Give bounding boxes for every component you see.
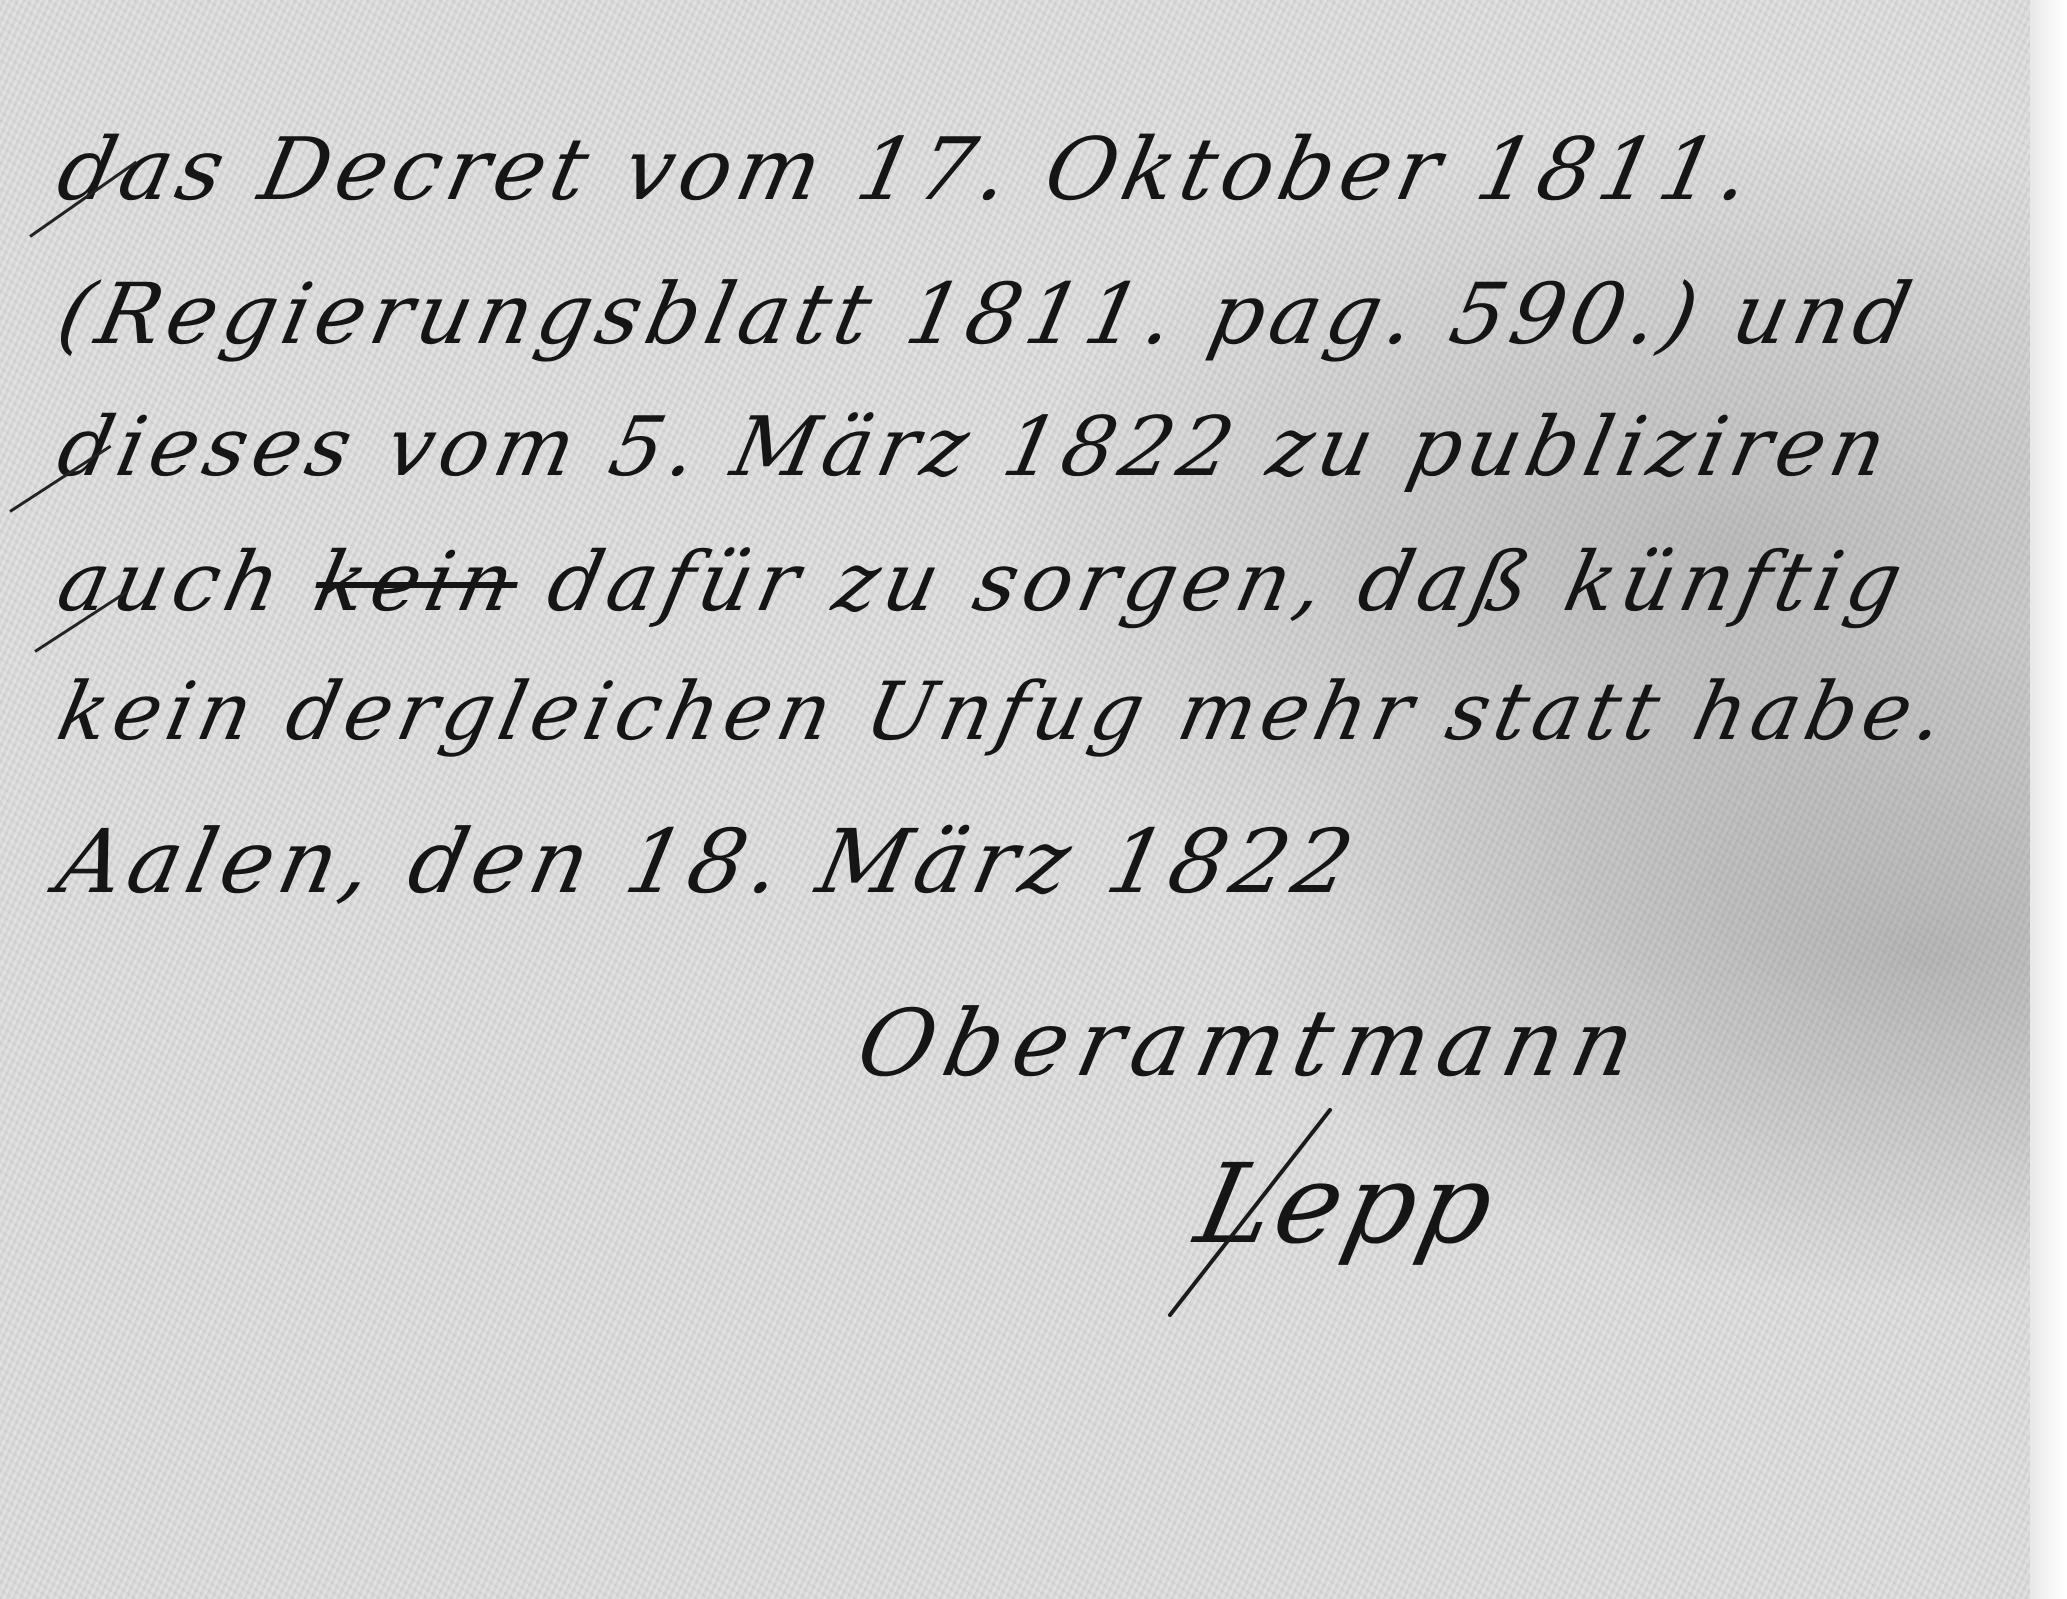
text-line-3: dieses vom 5. März 1822 zu publiziren xyxy=(50,400,1900,495)
text-line-2: (Regierungsblatt 1811. pag. 590.) und xyxy=(50,265,1926,363)
place-date-line: Aalen, den 18. März 1822 xyxy=(49,810,1368,913)
text-line-4-end: dafür zu sorgen, daß künftig xyxy=(508,535,1916,630)
scan-edge xyxy=(2030,0,2067,1599)
signature-title: Oberamtmann xyxy=(849,990,1654,1097)
text-line-5: kein dergleichen Unfug mehr statt habe. xyxy=(50,665,1958,758)
text-line-1: das Decret vom 17. Oktober 1811. xyxy=(49,120,1765,220)
paper-sheet: das Decret vom 17. Oktober 1811. (Regier… xyxy=(0,0,2030,1599)
text-line-4: auch kein dafür zu sorgen, daß künftig xyxy=(50,535,1916,630)
struck-out-word: kein xyxy=(306,535,527,630)
signature-flourish-icon xyxy=(1160,1100,1340,1320)
